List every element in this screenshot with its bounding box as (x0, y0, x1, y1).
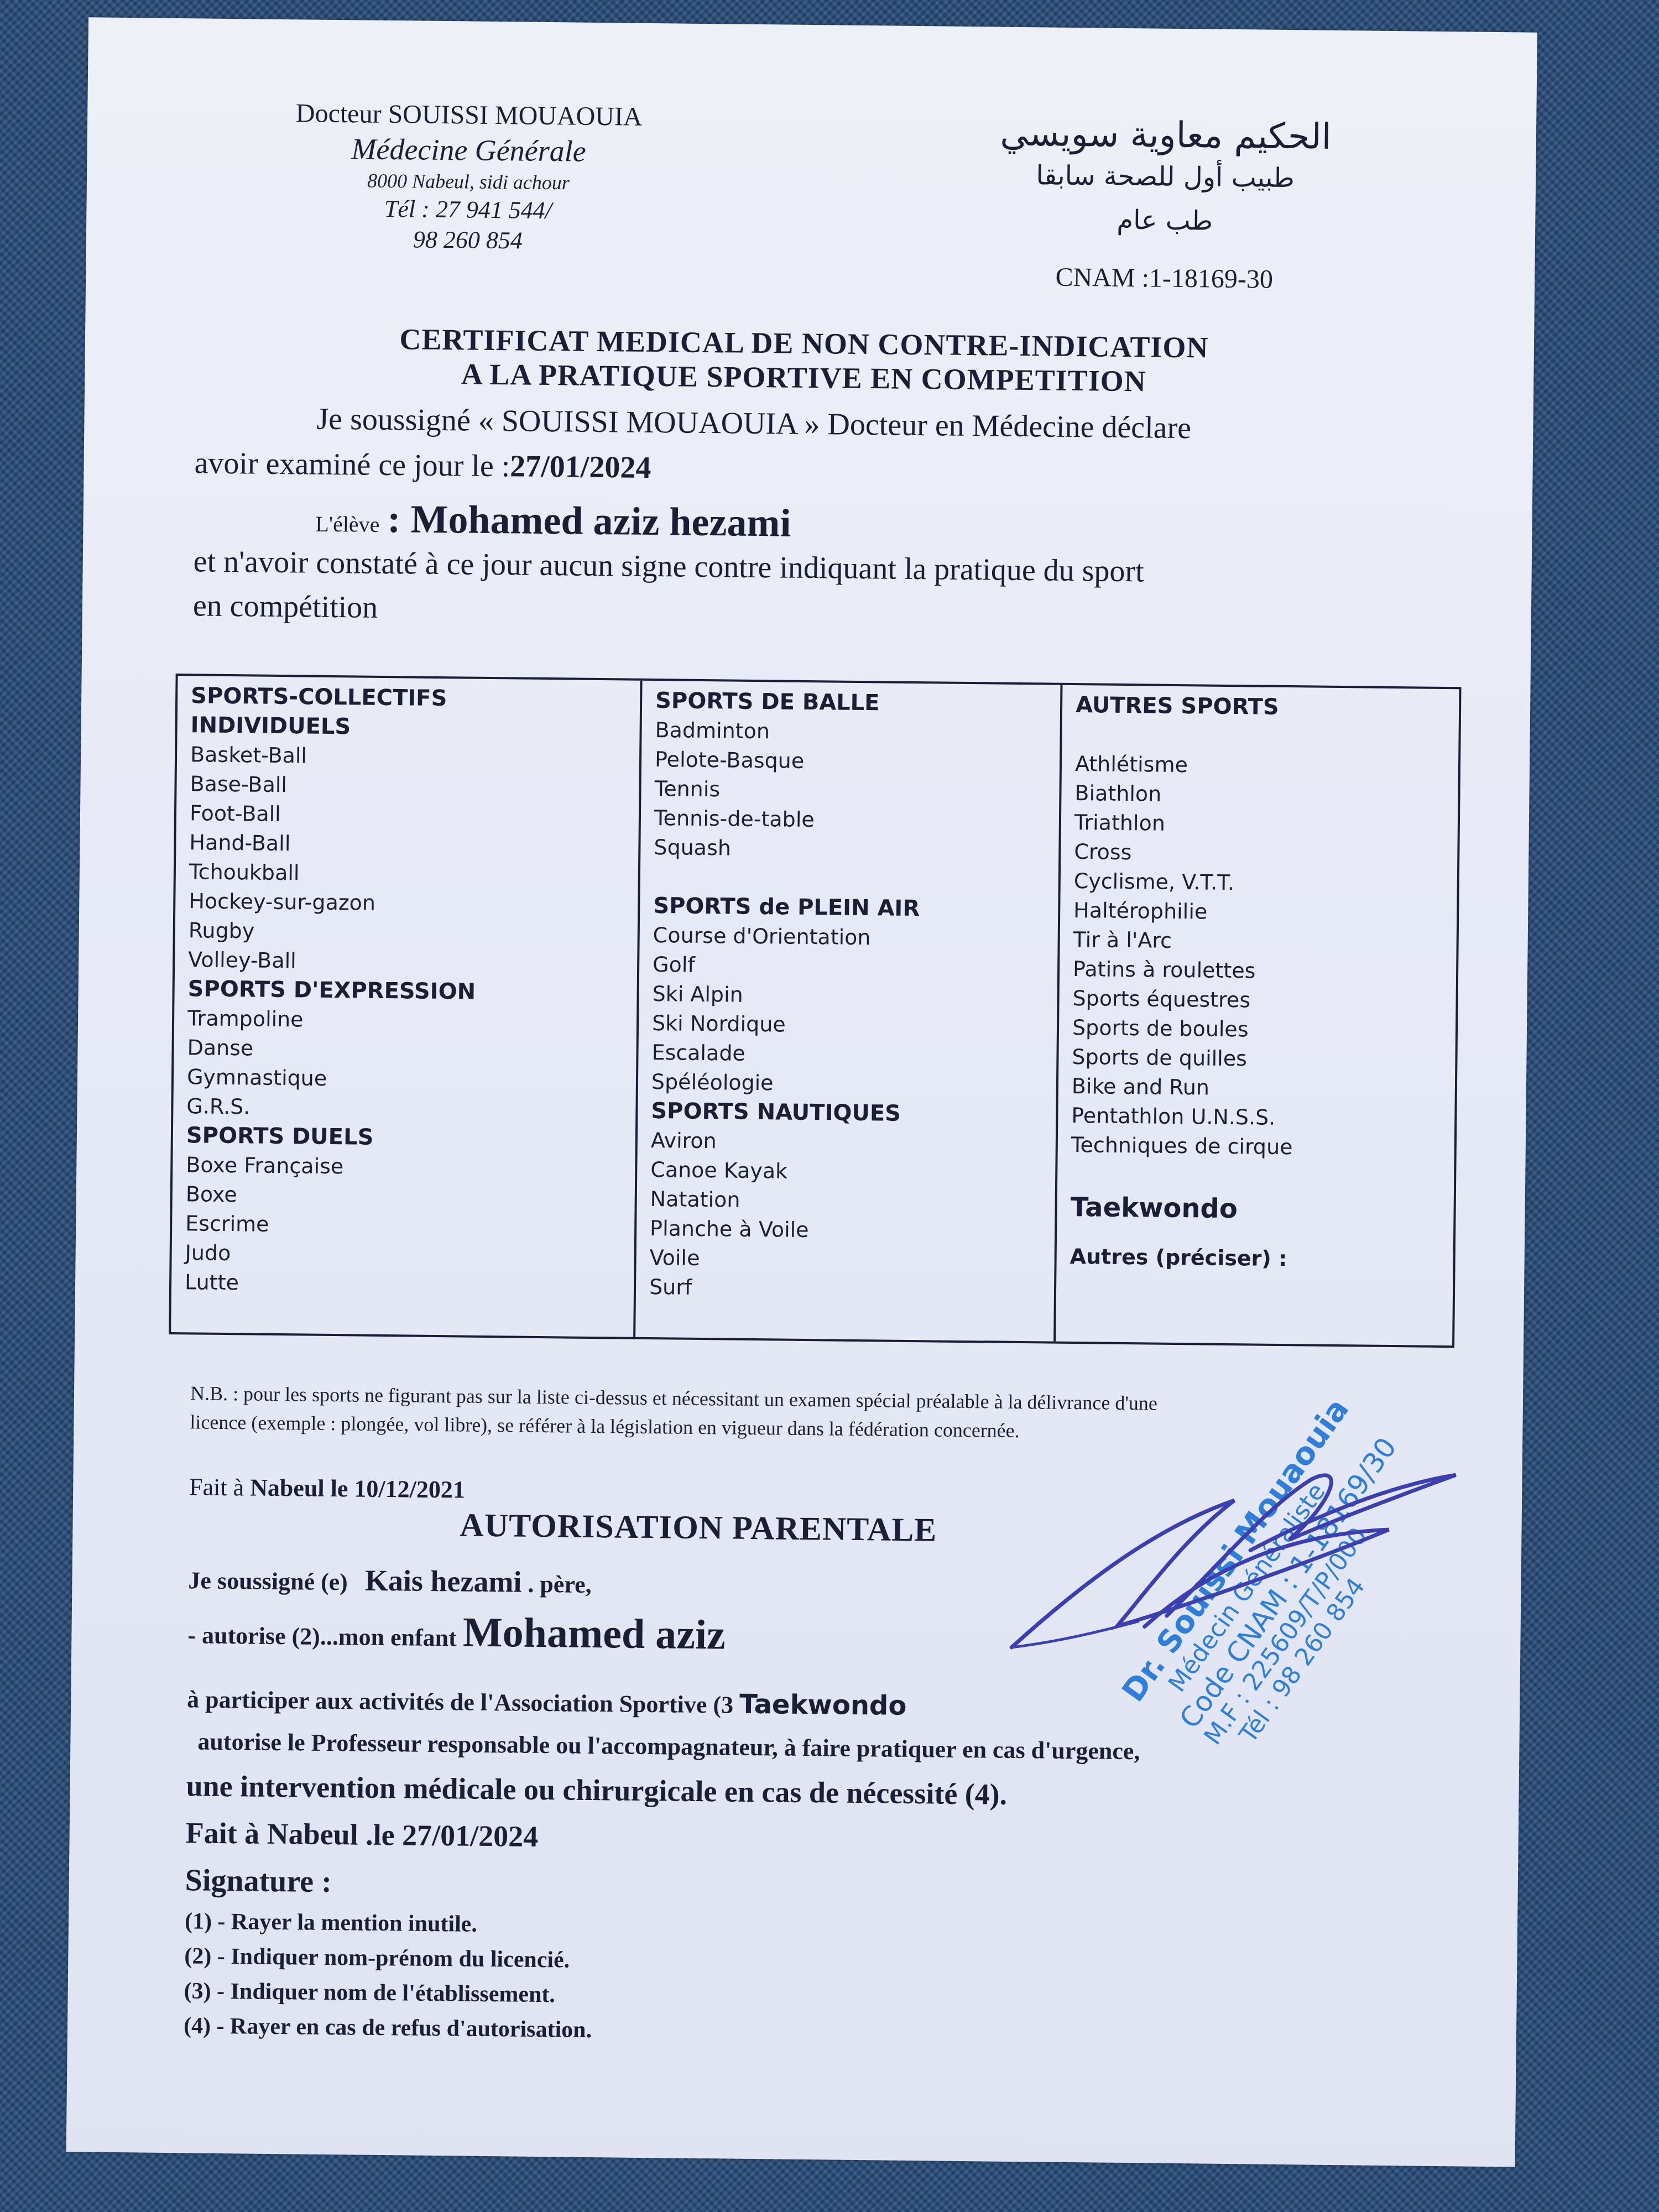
association-name: Taekwondo (739, 1689, 907, 1721)
list-item: Rugby (189, 916, 625, 950)
student-name: : Mohamed aziz hezami (387, 497, 791, 545)
category-balle: SPORTS DE BALLE (655, 686, 1047, 719)
list-item: (2) - Indiquer nom-prénom du licencié. (184, 1939, 593, 1978)
parental-place-date: Fait à Nabeul .le 27/01/2024 (185, 1815, 538, 1854)
list-item: Natation (650, 1185, 1042, 1218)
list-item: Pentathlon U.N.S.S. (1071, 1101, 1442, 1134)
list-item: Escalade (651, 1038, 1044, 1071)
list-item: Sports équestres (1072, 984, 1443, 1017)
list-item: Biathlon (1074, 779, 1445, 812)
finding-line-1: et n'avoir constaté à ce jour aucun sign… (193, 544, 1144, 589)
list-item: Ski Alpin (652, 979, 1044, 1013)
list-item: Hand-Ball (189, 828, 625, 862)
list-item: Bike and Run (1072, 1072, 1442, 1105)
child-line: - autorise (2)...mon enfant Mohamed aziz (187, 1605, 726, 1659)
certificate-title: CERTIFICAT MEDICAL DE NON CONTRE-INDICAT… (251, 320, 1357, 400)
other-sports-label: Autres (préciser) : (1070, 1242, 1440, 1275)
list-item: Gymnastique (187, 1062, 623, 1096)
list-item: Hockey-sur-gazon (189, 886, 625, 920)
list-item: Patins à roulettes (1073, 954, 1443, 988)
student-label: L'élève (315, 512, 379, 537)
parent-line: Je soussigné (e) Kais hezami . père, (188, 1561, 592, 1600)
list-item: Athlétisme (1075, 749, 1446, 782)
category-expression: SPORTS D'EXPRESSION (187, 974, 624, 1008)
list-item: Boxe (186, 1180, 622, 1213)
list-item: (4) - Rayer en cas de refus d'autorisati… (184, 2008, 592, 2048)
emergency-line-2: une intervention médicale ou chirurgical… (186, 1768, 1007, 1812)
list-item: Surf (649, 1272, 1041, 1306)
footnotes: (1) - Rayer la mention inutile.(2) - Ind… (184, 1904, 593, 2048)
list-item: Basket-Ball (190, 740, 627, 774)
signature-label: Signature : (185, 1863, 332, 1900)
sports-column-3: AUTRES SPORTS AthlétismeBiathlonTriathlo… (1056, 685, 1459, 1345)
list-item: Base-Ball (190, 769, 626, 803)
list-item: Planche à Voile (650, 1214, 1042, 1247)
association-line: à participer aux activités de l'Associat… (187, 1683, 907, 1721)
list-item: Pelote-Basque (655, 745, 1047, 778)
category-plein-air: SPORTS de PLEIN AIR (653, 891, 1045, 925)
list-item: Tir à l'Arc (1073, 925, 1443, 958)
list-item: Techniques de cirque (1071, 1130, 1442, 1164)
list-item: Haltérophilie (1073, 896, 1444, 929)
doctor-address: 8000 Nabeul, sidi achour (291, 168, 645, 196)
cnam-code: CNAM :1-18169-30 (948, 259, 1380, 299)
doctor-name: Docteur SOUISSI MOUAOUIA (292, 97, 646, 134)
list-item: Sports de boules (1072, 1013, 1443, 1046)
certificate-page: Docteur SOUISSI MOUAOUIA Médecine Généra… (66, 17, 1537, 2167)
list-item: Badminton (655, 716, 1047, 749)
arabic-doctor-title: طبيب أول للصحة سابقا (950, 157, 1381, 197)
selected-sport: Taekwondo (1070, 1193, 1441, 1226)
declaration-line-1: Je soussigné « SOUISSI MOUAOUIA » Docteu… (316, 401, 1191, 446)
list-item: Boxe Française (186, 1150, 622, 1184)
list-item: Cyclisme, V.T.T. (1074, 867, 1444, 900)
doctor-phone-2: 98 260 854 (291, 223, 645, 257)
doctor-header-french: Docteur SOUISSI MOUAOUIA Médecine Généra… (291, 97, 646, 257)
doctor-stamp-signature: Dr. Souissi Mouaouia Médecin Généraliste… (999, 1393, 1501, 1757)
list-item: Trampoline (187, 1004, 624, 1037)
child-name: Mohamed aziz (462, 1609, 726, 1658)
list-item: Squash (654, 833, 1046, 866)
arabic-specialty: طب عام (949, 201, 1381, 241)
list-item: Spéléologie (651, 1067, 1044, 1100)
arabic-doctor-name: الحكيم معاوية سويسي (950, 109, 1382, 162)
declaration-line-2: avoir examiné ce jour le :27/01/2024 (194, 445, 651, 486)
category-nautiques: SPORTS NAUTIQUES (651, 1097, 1043, 1130)
sports-column-2: SPORTS DE BALLE BadmintonPelote-BasqueTe… (635, 681, 1062, 1342)
exam-date-label: avoir examiné ce jour le : (194, 446, 510, 483)
category-collectifs: SPORTS-COLLECTIFS (191, 681, 627, 715)
category-autres: AUTRES SPORTS (1076, 691, 1446, 724)
list-item: (3) - Indiquer nom de l'établissement. (184, 1974, 592, 2013)
list-item: Course d'Orientation (653, 921, 1045, 954)
list-item: Voile (649, 1243, 1041, 1276)
stamp-icon: Dr. Souissi Mouaouia Médecin Généraliste… (999, 1393, 1501, 1757)
list-item: Lutte (185, 1267, 621, 1301)
list-item: Sports de quilles (1072, 1042, 1442, 1076)
finding-line-2: en compétition (193, 588, 378, 625)
certificate-place-date: Fait à Nabeul le 10/12/2021 (189, 1473, 465, 1504)
list-item: Danse (187, 1033, 623, 1067)
parental-authorization-title: AUTORISATION PARENTALE (460, 1506, 937, 1549)
exam-date: 27/01/2024 (510, 449, 651, 485)
list-item: Aviron (651, 1126, 1043, 1159)
list-item: Triathlon (1074, 808, 1445, 841)
list-item: Tchoukball (189, 857, 625, 891)
list-item: Tennis (654, 774, 1046, 807)
doctor-phone-1: Tél : 27 941 544/ (291, 192, 645, 227)
list-item: Cross (1074, 837, 1444, 870)
category-individuels: INDIVIDUELS (190, 711, 627, 744)
list-item: Judo (185, 1238, 621, 1272)
sports-column-1: SPORTS-COLLECTIFS INDIVIDUELS Basket-Bal… (171, 676, 642, 1337)
list-item: (1) - Rayer la mention inutile. (185, 1904, 593, 1943)
category-duels: SPORTS DUELS (186, 1121, 623, 1155)
doctor-header-arabic: الحكيم معاوية سويسي طبيب أول للصحة سابقا… (948, 109, 1381, 299)
sports-table: SPORTS-COLLECTIFS INDIVIDUELS Basket-Bal… (169, 674, 1461, 1348)
list-item: G.R.S. (186, 1092, 623, 1125)
list-item: Volley-Ball (188, 945, 624, 979)
list-item: Tennis-de-table (654, 804, 1046, 837)
list-item: Ski Nordique (652, 1009, 1044, 1042)
list-item: Golf (653, 950, 1045, 983)
list-item: Foot-Ball (190, 799, 626, 832)
student-line: L'élève : Mohamed aziz hezami (315, 495, 791, 546)
parent-name: Kais hezami (365, 1564, 522, 1599)
doctor-specialty: Médecine Générale (291, 130, 646, 171)
list-item: Canoe Kayak (650, 1155, 1042, 1188)
emergency-line-1: autorise le Professeur responsable ou l'… (197, 1728, 1140, 1766)
list-item: Escrime (185, 1209, 622, 1243)
